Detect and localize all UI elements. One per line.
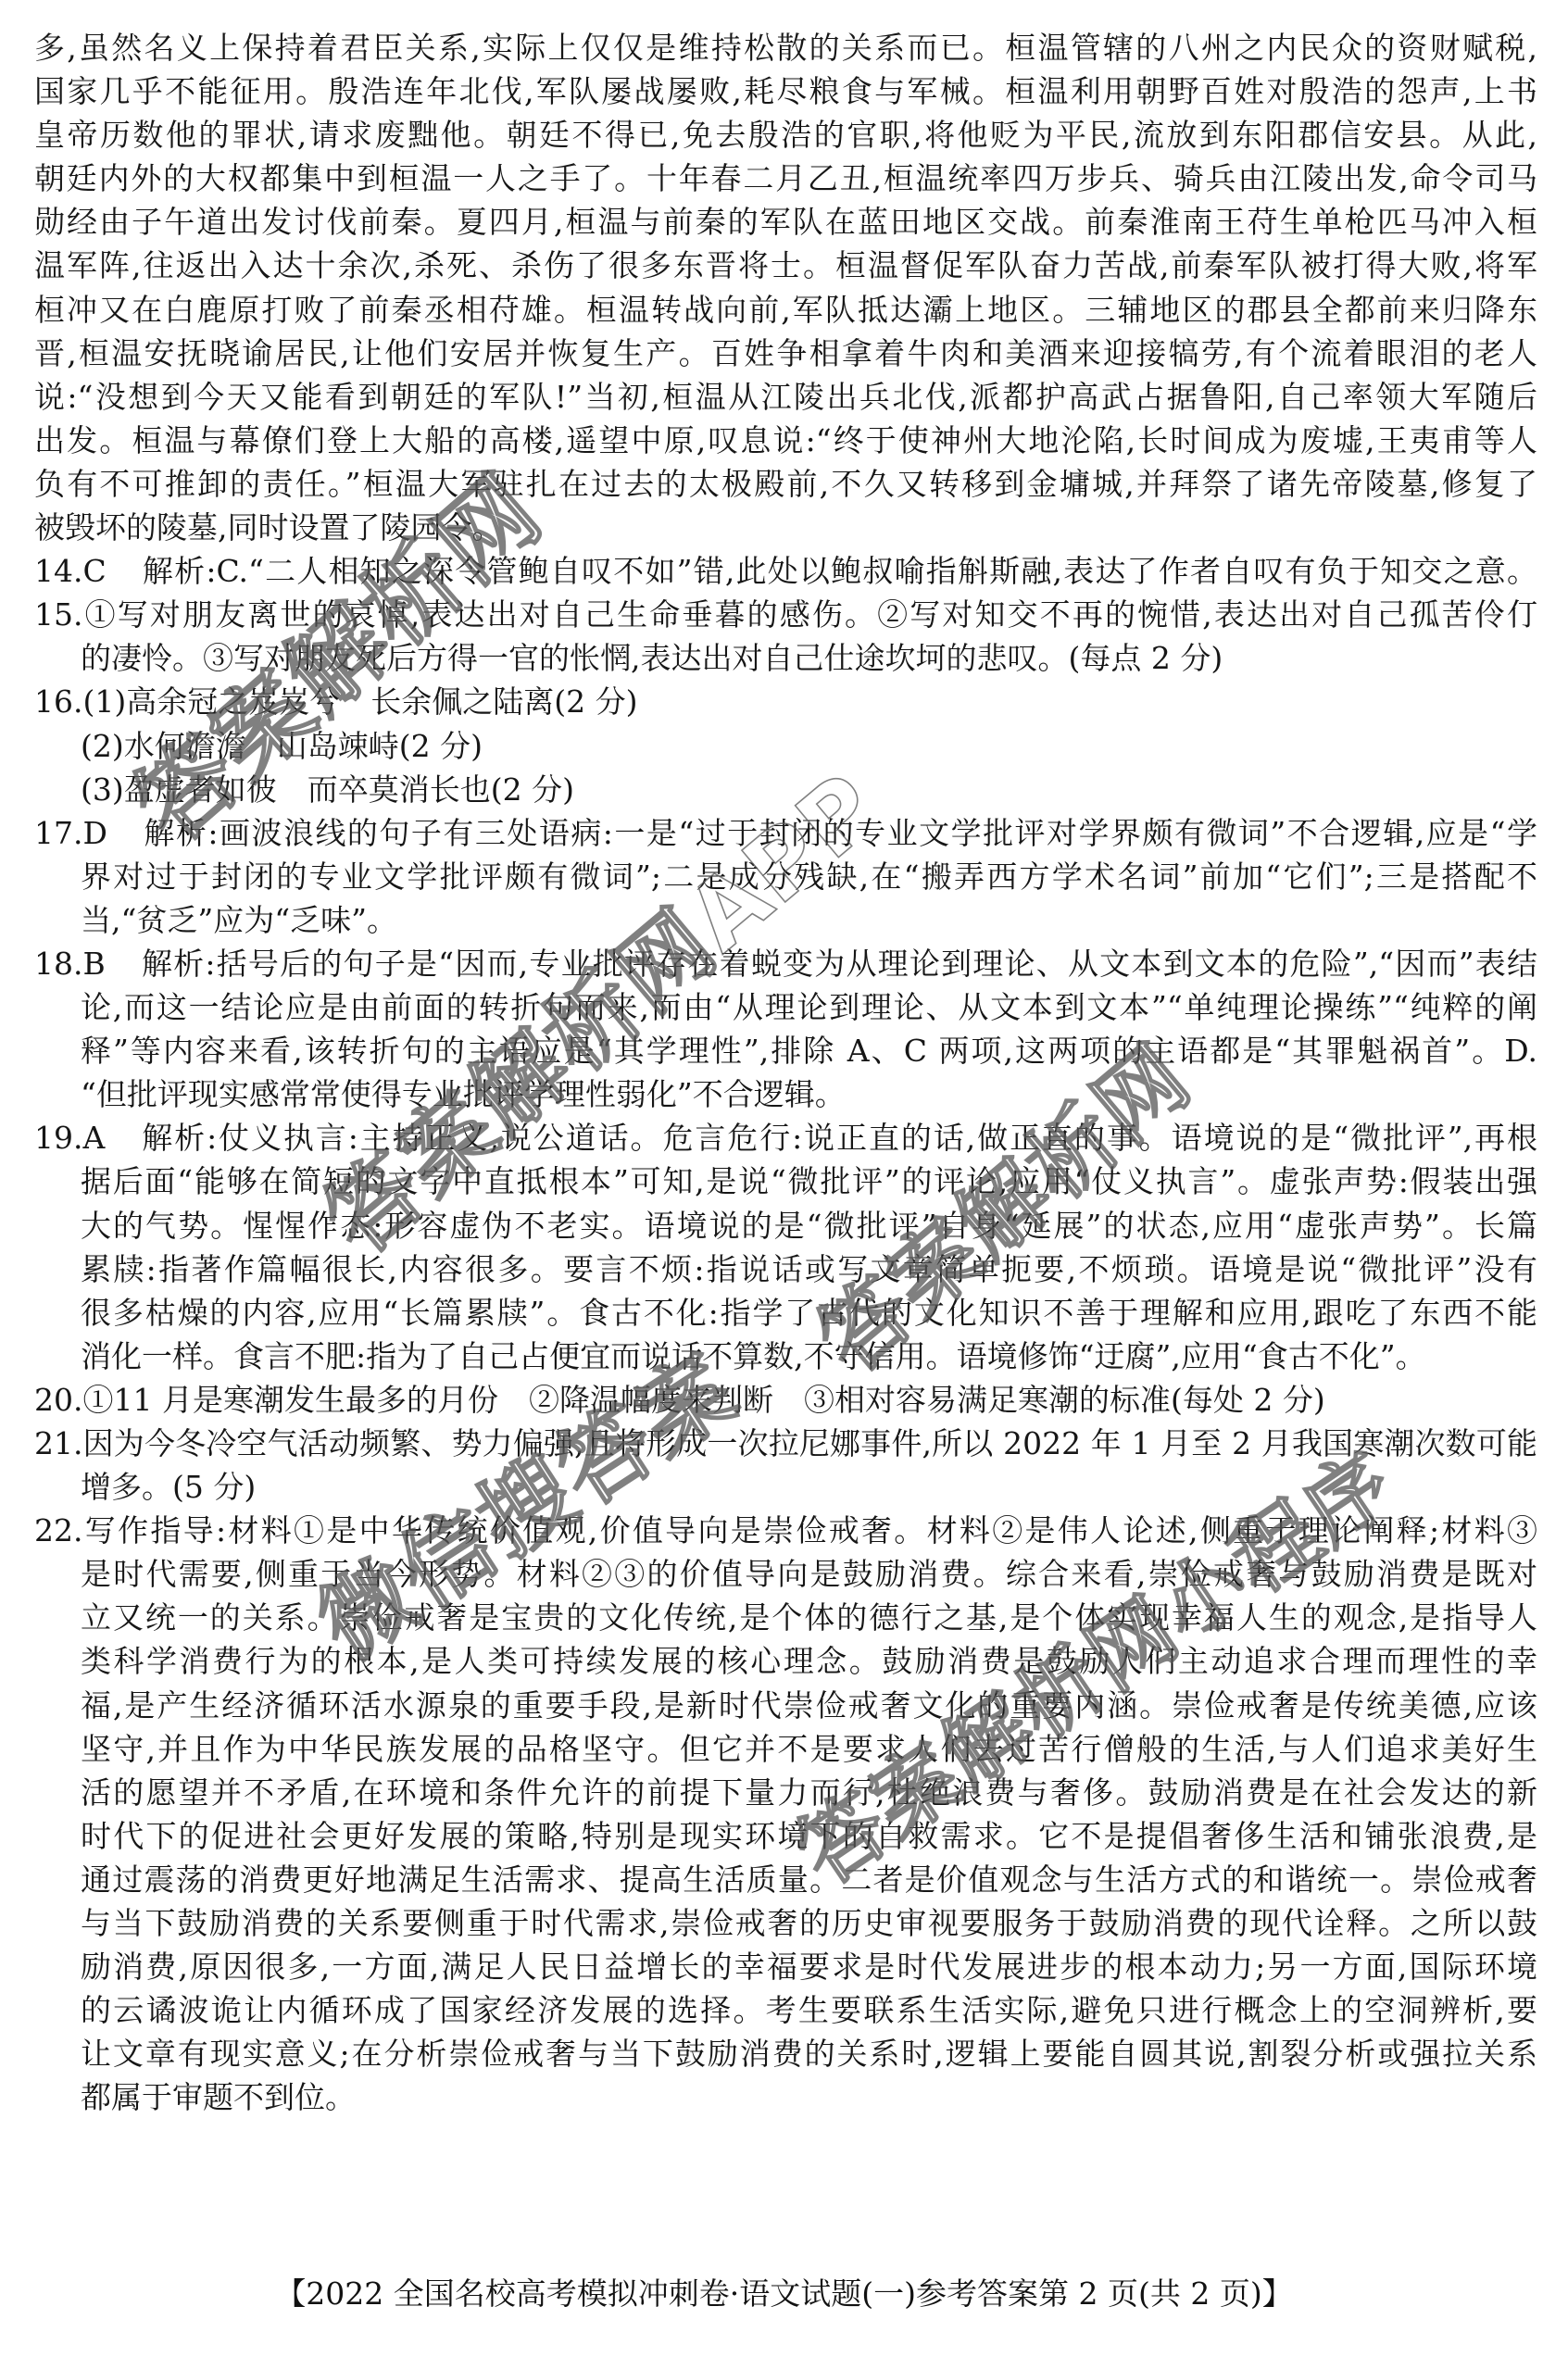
passage-line: 晋,桓温安抚晓谕居民,让他们安居并恢复生产。百姓争相拿着牛肉和美酒来迎接犒劳,有… <box>34 332 1537 375</box>
answer-18-line: 释”等内容来看,该转折句的主语应是“其学理性”,排除 A、C 两项,这两项的主语… <box>34 1029 1537 1072</box>
answer-18-line: 18.B解析:括号后的句子是“因而,专业批评存在着蜕变为从理论到理论、从文本到文… <box>34 942 1537 985</box>
answer-22-line: 都属于审题不到位。 <box>34 2075 1537 2119</box>
answer-14-line: 14.C解析:C.“二人相知之深令管鲍自叹不如”错,此处以鲍叔喻指斛斯融,表达了… <box>34 549 1537 593</box>
answer-18-line: 论,而这一结论应是由前面的转折句而来,而由“从理论到理论、从文本到文本”“单纯理… <box>34 985 1537 1029</box>
answer-20-text: ①11 月是寒潮发生最多的月份 ②降温幅度来判断 ③相对容易满足寒潮的标准(每处… <box>82 1382 1324 1418</box>
answer-22-line: 与当下鼓励消费的关系要侧重于时代需求,崇俭戒奢的历史审视要服务于鼓励消费的现代诠… <box>34 1901 1537 1945</box>
answer-22-line: 是时代需要,侧重于当今形势。材料②③的价值导向是鼓励消费。综合来看,崇俭戒奢与鼓… <box>34 1552 1537 1596</box>
passage-line: 温军阵,往返出入达十余次,杀死、杀伤了很多东晋将士。桓温督促军队奋力苦战,前秦军… <box>34 244 1537 287</box>
answer-17-line: 17.D解析:画波浪线的句子有三处语病:一是“过于封闭的专业文学批评对学界颇有微… <box>34 811 1537 855</box>
answer-19-line: 据后面“能够在简短的文字中直抵根本”可知,是说“微批评”的评论,应用“仗义执言”… <box>34 1159 1537 1203</box>
answer-21-number: 21. <box>34 1425 82 1461</box>
answer-14-text: 解析:C.“二人相知之深令管鲍自叹不如”错,此处以鲍叔喻指斛斯融,表达了作者自叹… <box>142 553 1537 589</box>
answer-15-text: ①写对朋友离世的哀悼,表达出对自己生命垂暮的感伤。②写对知交不再的惋惜,表达出对… <box>82 596 1537 633</box>
answer-22-number: 22. <box>34 1512 82 1548</box>
answer-sheet-page: 多,虽然名义上保持着君臣关系,实际上仅仅是维持松散的关系而已。桓温管辖的八州之内… <box>0 0 1568 2369</box>
answer-19-number: 19.A <box>34 1120 105 1156</box>
answer-20-line: 20.①11 月是寒潮发生最多的月份 ②降温幅度来判断 ③相对容易满足寒潮的标准… <box>34 1378 1537 1422</box>
passage-line: 桓冲又在白鹿原打败了前秦丞相苻雄。桓温转战向前,军队抵达灞上地区。三辅地区的郡县… <box>34 288 1537 332</box>
answer-17-text: 解析:画波浪线的句子有三处语病:一是“过于封闭的专业文学批评对学界颇有微词”不合… <box>143 815 1537 851</box>
answer-19-line: 19.A解析:仗义执言:主持正义,说公道话。危言危行:说正直的话,做正直的事。语… <box>34 1116 1537 1159</box>
answer-20-number: 20. <box>34 1382 82 1418</box>
passage-line: 说:“没想到今天又能看到朝廷的军队!”当初,桓温从江陵出兵北伐,派都护高武占据鲁… <box>34 375 1537 419</box>
answer-15-line: 的凄怜。③写对朋友死后方得一官的怅惘,表达出对自己仕途坎坷的悲叹。(每点 2 分… <box>34 636 1537 680</box>
page-footer: 【2022 全国名校高考模拟冲刺卷·语文试题(一)参考答案第 2 页(共 2 页… <box>0 2271 1568 2317</box>
answer-16-text: (1)高余冠之岌岌兮 长余佩之陆离(2 分) <box>82 683 637 720</box>
answer-19-line: 消化一样。食言不肥:指为了自己占便宜而说话不算数,不守信用。语境修饰“迂腐”,应… <box>34 1335 1537 1378</box>
answer-22-line: 通过震荡的消费更好地满足生活需求、提高生活质量。二者是价值观念与生活方式的和谐统… <box>34 1858 1537 1901</box>
answer-22-line: 活的愿望并不矛盾,在环境和条件允许的前提下量力而行,杜绝浪费与奢侈。鼓励消费是在… <box>34 1771 1537 1814</box>
passage-line: 被毁坏的陵墓,同时设置了陵园令。 <box>34 506 1537 549</box>
answer-16-line: (3)盈虚者如彼 而卒莫消长也(2 分) <box>34 768 1537 811</box>
answer-16-number: 16. <box>34 683 82 720</box>
answer-15-line: 15.①写对朋友离世的哀悼,表达出对自己生命垂暮的感伤。②写对知交不再的惋惜,表… <box>34 593 1537 636</box>
answer-22-line: 时代下的促进社会更好发展的策略,特别是现实环境下的自救需求。它不是提倡奢侈生活和… <box>34 1814 1537 1858</box>
answer-22-line: 立又统一的关系。崇俭戒奢是宝贵的文化传统,是个体的德行之基,是个体实现幸福人生的… <box>34 1596 1537 1639</box>
answer-18-number: 18.B <box>34 946 106 982</box>
passage-line: 国家几乎不能征用。殷浩连年北伐,军队屡战屡败,耗尽粮食与军械。桓温利用朝野百姓对… <box>34 69 1537 113</box>
passage-line: 多,虽然名义上保持着君臣关系,实际上仅仅是维持松散的关系而已。桓温管辖的八州之内… <box>34 26 1537 69</box>
answer-18-line: “但批评现实感常常使得专业批评学理性弱化”不合逻辑。 <box>34 1072 1537 1116</box>
answer-14-number: 14.C <box>34 553 107 589</box>
answer-22-line: 让文章有现实意义;在分析崇俭戒奢与当下鼓励消费的关系时,逻辑上要能自圆其说,割裂… <box>34 2032 1537 2075</box>
passage-line: 出发。桓温与幕僚们登上大船的高楼,遥望中原,叹息说:“终于使神州大地沦陷,长时间… <box>34 419 1537 462</box>
answer-18-text: 解析:括号后的句子是“因而,专业批评存在着蜕变为从理论到理论、从文本到文本的危险… <box>141 946 1537 982</box>
answer-22-line: 福,是产生经济循环活水源泉的重要手段,是新时代崇俭戒奢文化的重要内涵。崇俭戒奢是… <box>34 1684 1537 1727</box>
answer-22-line: 22.写作指导:材料①是中华传统价值观,价值导向是崇俭戒奢。材料②是伟人论述,侧… <box>34 1509 1537 1552</box>
passage-line: 朝廷内外的大权都集中到桓温一人之手了。十年春二月乙丑,桓温统率四万步兵、骑兵由江… <box>34 157 1537 200</box>
answer-21-line: 21.因为今冬冷空气活动频繁、势力偏强,且将形成一次拉尼娜事件,所以 2022 … <box>34 1422 1537 1465</box>
passage-line: 勋经由子午道出发讨伐前秦。夏四月,桓温与前秦的军队在蓝田地区交战。前秦淮南王苻生… <box>34 200 1537 244</box>
answer-17-line: 界对过于封闭的专业文学批评颇有微词”;二是成分残缺,在“搬弄西方学术名词”前加“… <box>34 855 1537 898</box>
answer-16-line: 16.(1)高余冠之岌岌兮 长余佩之陆离(2 分) <box>34 680 1537 723</box>
answer-22-line: 类科学消费行为的根本,是人类可持续发展的核心理念。鼓励消费是鼓励人们主动追求合理… <box>34 1639 1537 1683</box>
answer-19-line: 累牍:指著作篇幅很长,内容很多。要言不烦:指说话或写文章简单扼要,不烦琐。语境是… <box>34 1247 1537 1291</box>
answer-21-text: 因为今冬冷空气活动频繁、势力偏强,且将形成一次拉尼娜事件,所以 2022 年 1… <box>82 1425 1537 1461</box>
passage-line: 负有不可推卸的责任。”桓温大军驻扎在过去的太极殿前,不久又转移到金墉城,并拜祭了… <box>34 462 1537 506</box>
answer-21-line: 增多。(5 分) <box>34 1465 1537 1509</box>
answer-17-line: 当,“贫乏”应为“乏味”。 <box>34 898 1537 942</box>
answer-15-number: 15. <box>34 596 82 633</box>
answer-19-line: 大的气势。惺惺作态:形容虚伪不老实。语境说的是“微批评”自身“延展”的状态,应用… <box>34 1204 1537 1247</box>
answer-22-line: 坚守,并且作为中华民族发展的品格坚守。但它并不是要求人们去过苦行僧般的生活,与人… <box>34 1727 1537 1771</box>
answer-17-number: 17.D <box>34 815 107 851</box>
document-body: 多,虽然名义上保持着君臣关系,实际上仅仅是维持松散的关系而已。桓温管辖的八州之内… <box>34 26 1537 2120</box>
passage-line: 皇帝历数他的罪状,请求废黜他。朝廷不得已,免去殷浩的官职,将他贬为平民,流放到东… <box>34 113 1537 157</box>
answer-22-line: 励消费,原因很多,一方面,满足人民日益增长的幸福要求是时代发展进步的根本动力;另… <box>34 1945 1537 1988</box>
answer-22-text: 写作指导:材料①是中华传统价值观,价值导向是崇俭戒奢。材料②是伟人论述,侧重于理… <box>82 1512 1537 1548</box>
answer-19-line: 很多枯燥的内容,应用“长篇累牍”。食古不化:指学了古代的文化知识不善于理解和应用… <box>34 1291 1537 1335</box>
answer-22-line: 的云谲波诡让内循环成了国家经济发展的选择。考生要联系生活实际,避免只进行概念上的… <box>34 1988 1537 2032</box>
answer-19-text: 解析:仗义执言:主持正义,说公道话。危言危行:说正直的话,做正直的事。语境说的是… <box>140 1120 1537 1156</box>
answer-16-line: (2)水何澹澹 山岛竦峙(2 分) <box>34 724 1537 768</box>
